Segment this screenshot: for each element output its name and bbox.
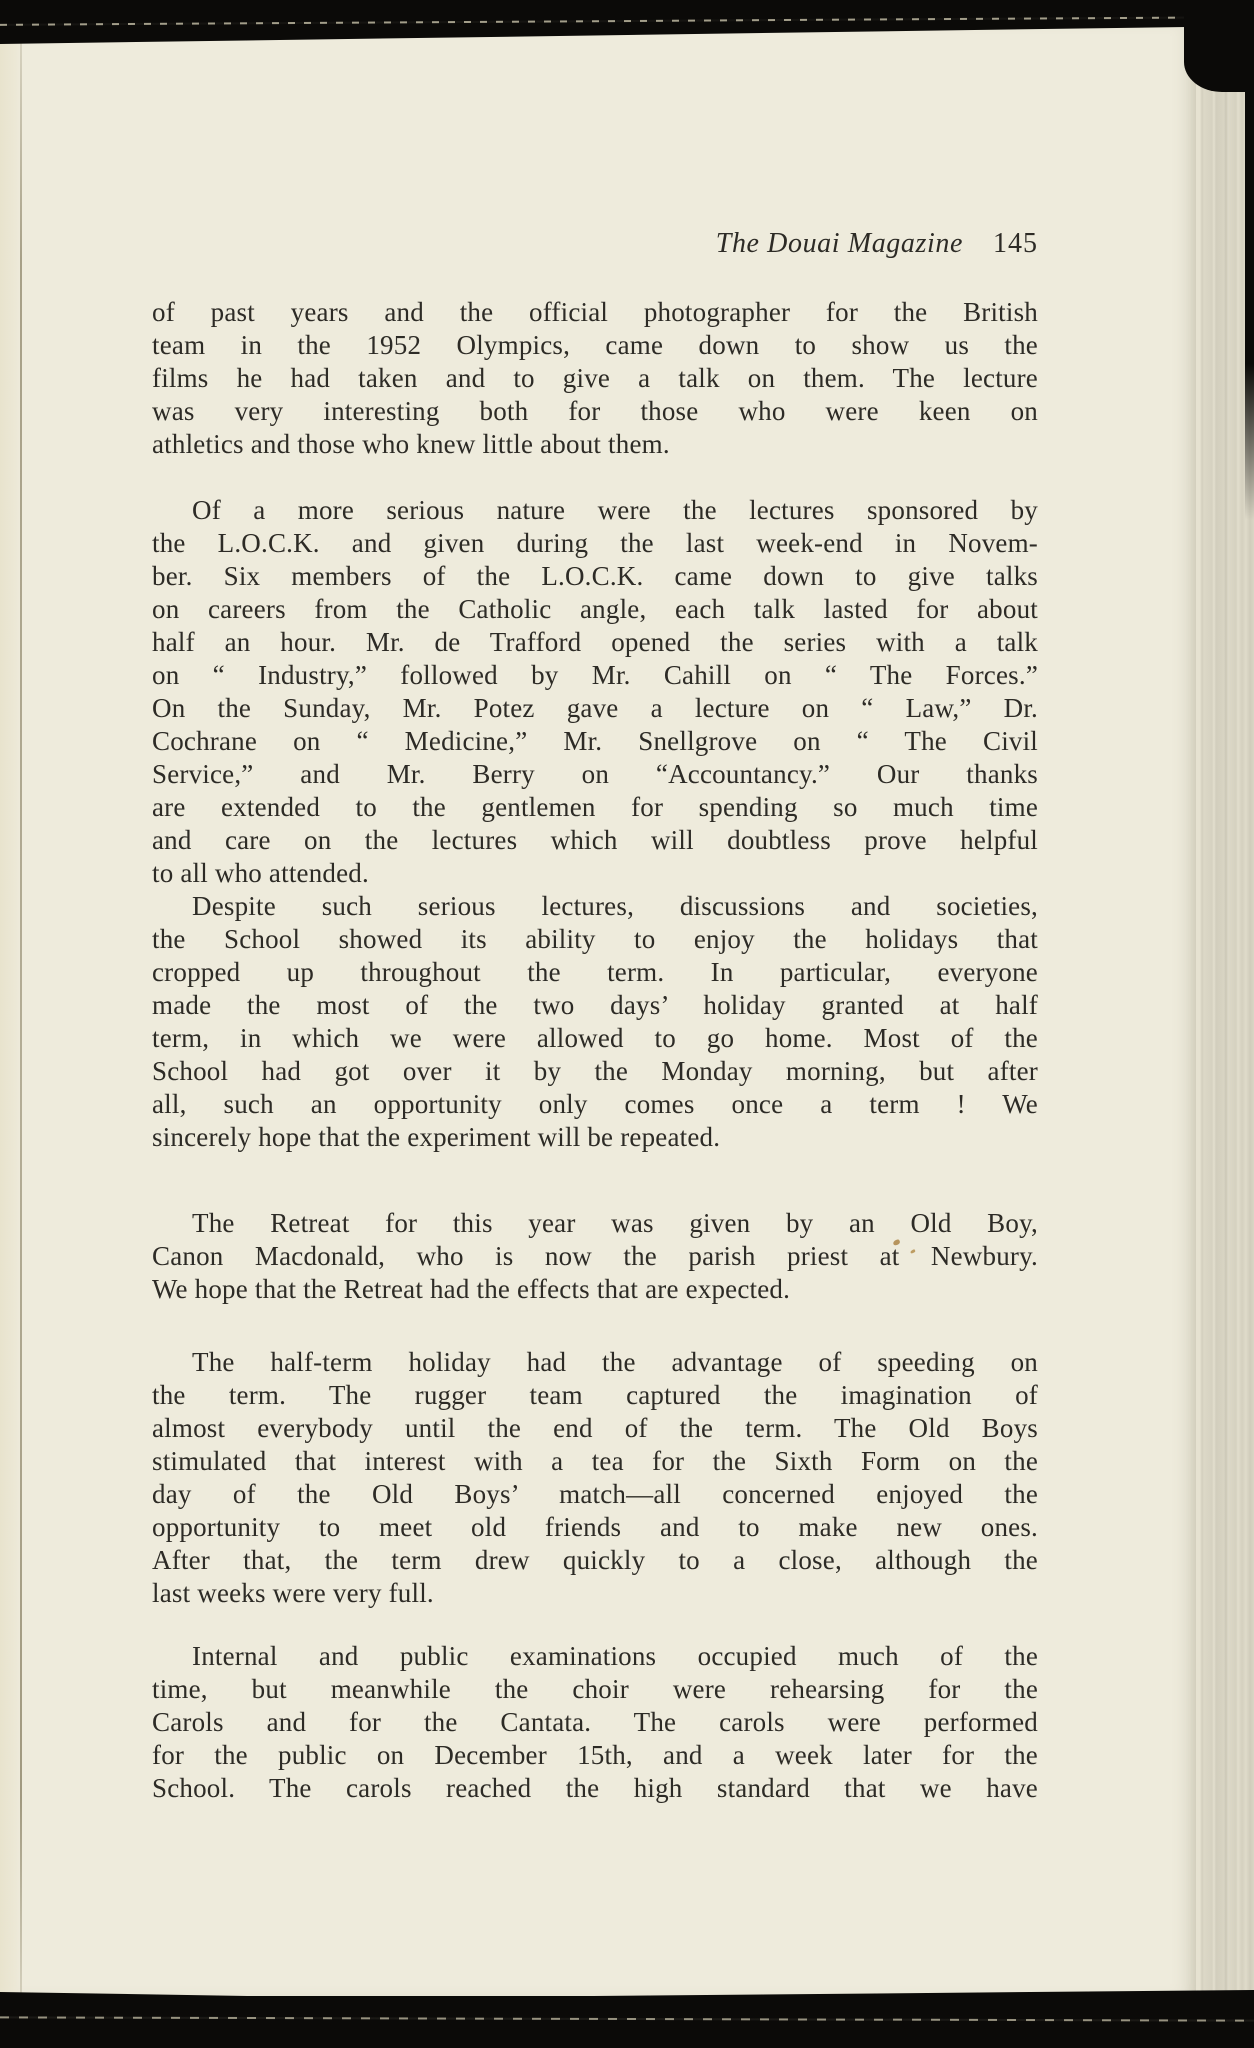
text-line: Service,” and Mr. Berry on “Accountancy.… (152, 758, 1038, 791)
paragraph: Despite such serious lectures, discussio… (152, 890, 1038, 1154)
text-line: time, but meanwhile the choir were rehea… (152, 1673, 1038, 1706)
page-gutter-crease (20, 24, 22, 1996)
text-line: Internal and public examinations occupie… (152, 1640, 1038, 1673)
text-line: cropped up throughout the term. In parti… (152, 956, 1038, 989)
cover-corner-top-right (1184, 0, 1254, 92)
text-line: School had got over it by the Monday mor… (152, 1055, 1038, 1088)
paragraph: The half-term holiday had the advantage … (152, 1346, 1038, 1610)
paragraph: Internal and public examinations occupie… (152, 1640, 1038, 1805)
text-line: the L.O.C.K. and given during the last w… (152, 527, 1038, 560)
journal-title: The Douai Magazine (716, 228, 963, 259)
page-number: 145 (993, 228, 1038, 259)
text-line: made the most of the two days’ holiday g… (152, 989, 1038, 1022)
text-line: Despite such serious lectures, discussio… (152, 890, 1038, 923)
book-page: The Douai Magazine145 of past years and … (0, 24, 1196, 1996)
text-line: films he had taken and to give a talk on… (152, 362, 1038, 395)
page-content: The Douai Magazine145 of past years and … (152, 24, 1038, 1805)
text-line: the School showed its ability to enjoy t… (152, 923, 1038, 956)
paragraph: Of a more serious nature were the lectur… (152, 494, 1038, 890)
text-line: Of a more serious nature were the lectur… (152, 494, 1038, 527)
text-line: day of the Old Boys’ match—all concerned… (152, 1478, 1038, 1511)
text-line: to all who attended. (152, 857, 1038, 890)
text-line: Carols and for the Cantata. The carols w… (152, 1706, 1038, 1739)
text-line: On the Sunday, Mr. Potez gave a lecture … (152, 692, 1038, 725)
paragraph: of past years and the official photograp… (152, 296, 1038, 461)
text-line: on careers from the Catholic angle, each… (152, 593, 1038, 626)
text-line: athletics and those who knew little abou… (152, 428, 1038, 461)
text-line: We hope that the Retreat had the effects… (152, 1273, 1038, 1306)
text-line: was very interesting both for those who … (152, 395, 1038, 428)
text-line: School. The carols reached the high stan… (152, 1772, 1038, 1805)
book-cover-right-edge (1245, 0, 1254, 520)
text-line: Canon Macdonald, who is now the parish p… (152, 1240, 1038, 1273)
text-line: Cochrane on “ Medicine,” Mr. Snellgrove … (152, 725, 1038, 758)
paragraph: The Retreat for this year was given by a… (152, 1207, 1038, 1306)
text-line: After that, the term drew quickly to a c… (152, 1544, 1038, 1577)
running-header: The Douai Magazine145 (152, 226, 1038, 262)
text-line: almost everybody until the end of the te… (152, 1412, 1038, 1445)
text-line: and care on the lectures which will doub… (152, 824, 1038, 857)
text-line: last weeks were very full. (152, 1577, 1038, 1610)
text-line: term, in which we were allowed to go hom… (152, 1022, 1038, 1055)
text-line: The half-term holiday had the advantage … (152, 1346, 1038, 1379)
text-line: of past years and the official photograp… (152, 296, 1038, 329)
text-line: The Retreat for this year was given by a… (152, 1207, 1038, 1240)
page-gutter-edge (0, 24, 22, 1996)
text-line: opportunity to meet old friends and to m… (152, 1511, 1038, 1544)
text-line: for the public on December 15th, and a w… (152, 1739, 1038, 1772)
text-line: half an hour. Mr. de Trafford opened the… (152, 626, 1038, 659)
text-line: are extended to the gentlemen for spendi… (152, 791, 1038, 824)
text-line: on “ Industry,” followed by Mr. Cahill o… (152, 659, 1038, 692)
gilt-edge-line-bottom (0, 2016, 1254, 2021)
gilt-edge-line-top (0, 16, 1254, 26)
page-body: of past years and the official photograp… (152, 296, 1038, 1805)
text-line: sincerely hope that the experiment will … (152, 1121, 1038, 1154)
text-line: the term. The rugger team captured the i… (152, 1379, 1038, 1412)
text-line: ber. Six members of the L.O.C.K. came do… (152, 560, 1038, 593)
text-line: team in the 1952 Olympics, came down to … (152, 329, 1038, 362)
text-line: stimulated that interest with a tea for … (152, 1445, 1038, 1478)
scanned-book-photo: The Douai Magazine145 of past years and … (0, 0, 1254, 2048)
text-line: all, such an opportunity only comes once… (152, 1088, 1038, 1121)
